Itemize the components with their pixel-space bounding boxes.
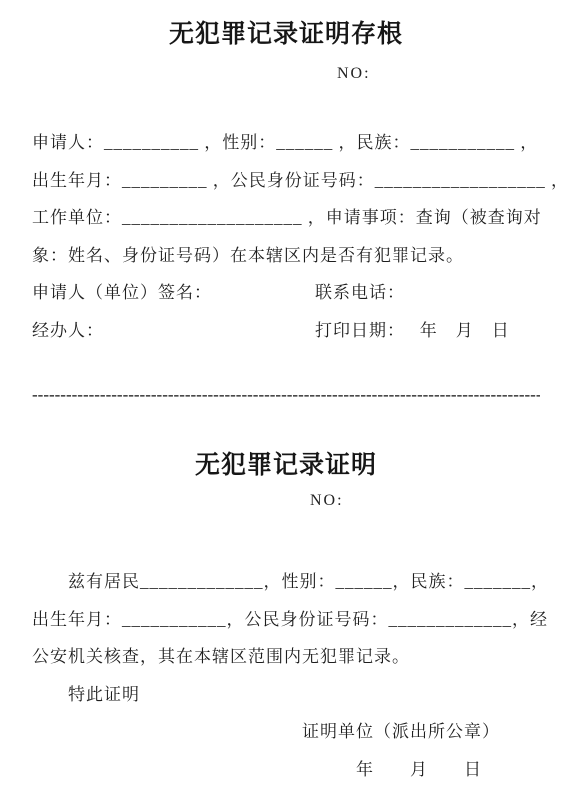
contact-phone-label: 联系电话： <box>315 274 540 312</box>
certificate-unit-line: 证明单位（派出所公章） <box>32 713 540 751</box>
certificate-date-line: 年 月 日 <box>32 751 540 789</box>
certificate-section: 无犯罪记录证明 NO: 兹有居民_____________，性别：______，… <box>32 449 540 788</box>
stub-handler-row: 经办人： 打印日期： 年 月 日 <box>32 312 540 350</box>
certificate-body: 兹有居民_____________，性别：______，民族：_______， … <box>32 563 540 713</box>
stub-line-applicant: 申请人：__________ ，性别：______ ，民族：__________… <box>32 124 540 162</box>
applicant-signature-label: 申请人（单位）签名： <box>32 274 315 312</box>
certificate-no-label: NO: <box>32 491 540 511</box>
stub-line-birth-id: 出生年月：_________ ，公民身份证号码：________________… <box>32 162 540 200</box>
cert-line-resident: 兹有居民_____________，性别：______，民族：_______， <box>32 563 540 601</box>
document-page: 无犯罪记录证明存根 NO: 申请人：__________ ，性别：______ … <box>0 0 573 792</box>
stub-line-workunit: 工作单位：___________________ ，申请事项：查询（被查询对 <box>32 199 540 237</box>
cert-line-hereby: 特此证明 <box>32 676 540 714</box>
cert-line-verification: 公安机关核查，其在本辖区范围内无犯罪记录。 <box>32 638 540 676</box>
cert-line-birth-id: 出生年月：___________，公民身份证号码：_____________，经 <box>32 601 540 639</box>
handler-label: 经办人： <box>32 312 315 350</box>
stub-title: 无犯罪记录证明存根 <box>32 18 540 52</box>
stub-section: 无犯罪记录证明存根 NO: 申请人：__________ ，性别：______ … <box>32 18 540 349</box>
section-divider: ----------------------------------------… <box>32 385 540 405</box>
stub-no-label: NO: <box>32 64 540 84</box>
stub-body: 申请人：__________ ，性别：______ ，民族：__________… <box>32 124 540 349</box>
stub-signature-row: 申请人（单位）签名： 联系电话： <box>32 274 540 312</box>
print-date-label: 打印日期： 年 月 日 <box>315 312 540 350</box>
stub-line-query-scope: 象：姓名、身份证号码）在本辖区内是否有犯罪记录。 <box>32 237 540 275</box>
certificate-title: 无犯罪记录证明 <box>32 449 540 483</box>
